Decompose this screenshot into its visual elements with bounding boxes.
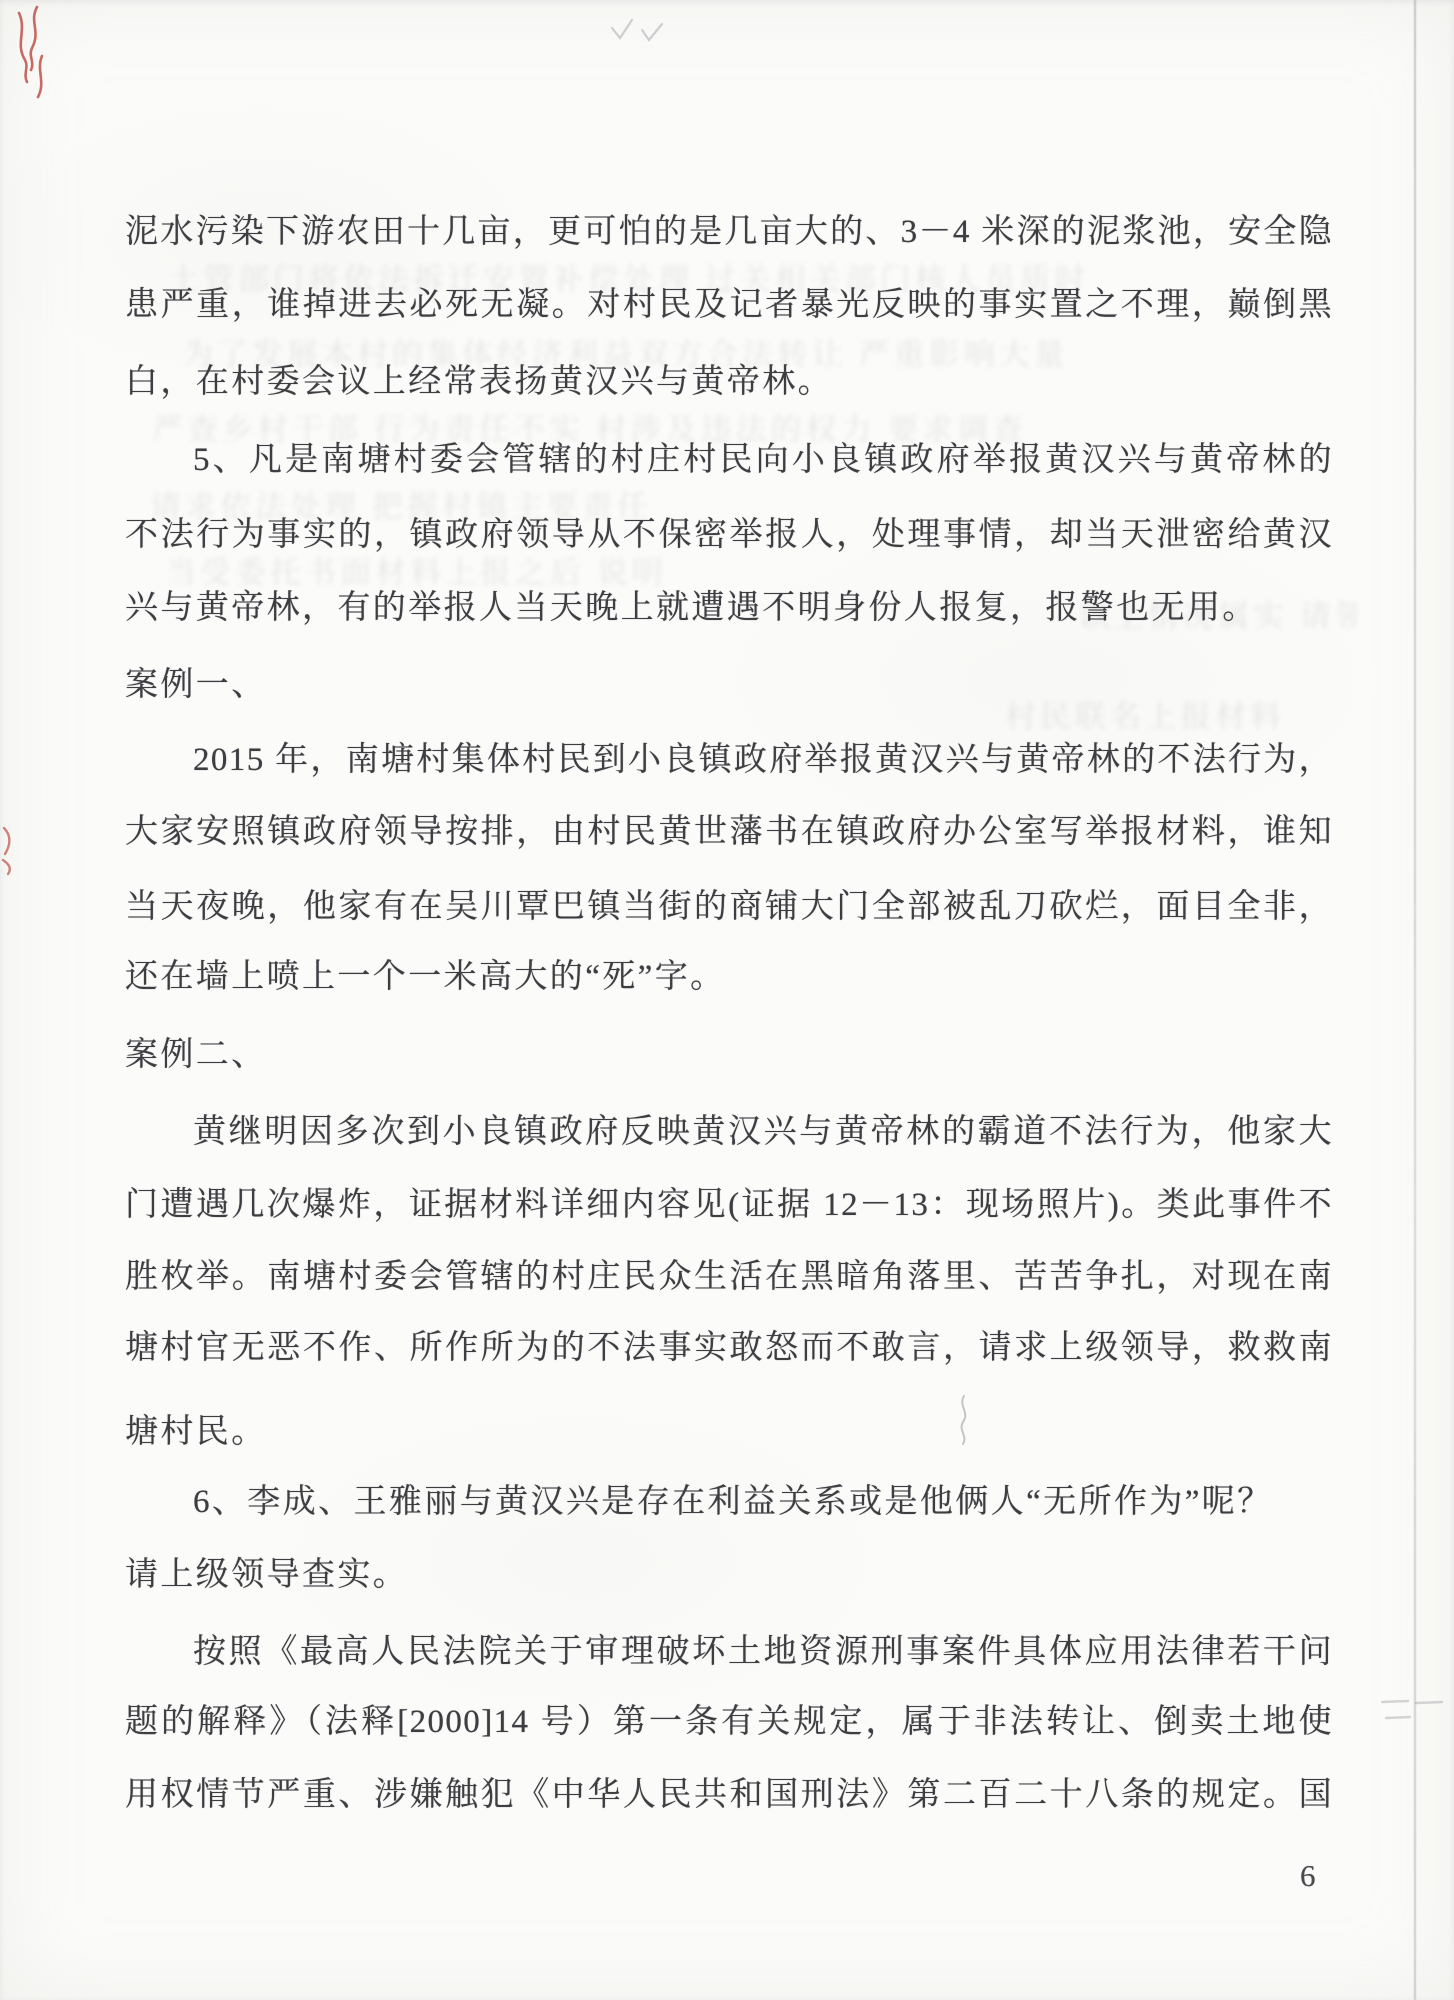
- text-line: 5、凡是南塘村委会管辖的村庄村民向小良镇政府举报黄汉兴与黄帝林的: [125, 440, 1333, 484]
- text-line: 案例二、: [125, 1035, 1333, 1079]
- text-line: 兴与黄帝林，有的举报人当天晚上就遭遇不明身份人报复，报警也无用。: [125, 588, 1333, 632]
- text-line: 患严重，谁掉进去必死无凝。对村民及记者暴光反映的事实置之不理，巅倒黑: [125, 285, 1333, 329]
- text-line: 请上级领导查实。: [125, 1555, 1333, 1599]
- text-line: 用权情节严重、涉嫌触犯《中华人民共和国刑法》第二百二十八条的规定。国: [125, 1775, 1333, 1819]
- text-line: 题的解释》（法释[2000]14 号）第一条有关规定，属于非法转让、倒卖土地使: [125, 1702, 1333, 1746]
- text-line: 门遭遇几次爆炸，证据材料详细内容见(证据 12－13：现场照片)。类此事件不: [125, 1185, 1333, 1229]
- text-line: 大家安照镇政府领导按排，由村民黄世藩书在镇政府办公室写举报材料，谁知: [125, 812, 1333, 856]
- text-line: 案例一、: [125, 665, 1333, 709]
- text-line: 6、李成、王雅丽与黄汉兴是存在利益关系或是他俩人“无所作为”呢？: [125, 1482, 1333, 1526]
- text-line: 泥水污染下游农田十几亩，更可怕的是几亩大的、3－4 米深的泥浆池，安全隐: [125, 212, 1333, 256]
- text-line: 黄继明因多次到小良镇政府反映黄汉兴与黄帝林的霸道不法行为，他家大: [125, 1112, 1333, 1156]
- gray-check-marks-icon: [608, 14, 668, 50]
- text-line: 当天夜晚，他家有在吴川覃巴镇当街的商铺大门全部被乱刀砍烂，面目全非，: [125, 887, 1333, 931]
- text-line: 按照《最高人民法院关于审理破坏土地资源刑事案件具体应用法律若干问: [125, 1632, 1333, 1676]
- red-pen-scribble-icon: [8, 4, 54, 102]
- red-pen-mark-icon: [0, 824, 22, 876]
- scanned-document-page: 泥水污染下游农田十几亩，更可怕的是几亩大的、3－4 米深的泥浆池，安全隐患严重，…: [0, 0, 1454, 2000]
- text-line: 胜枚举。南塘村委会管辖的村庄民众生活在黑暗角落里、苦苦争扎，对现在南: [125, 1257, 1333, 1301]
- text-line: 塘村民。: [125, 1412, 1333, 1456]
- page-number: 6: [1300, 1858, 1316, 1894]
- text-line: 塘村官无恶不作、所作所为的不法事实敢怒而不敢言，请求上级领导，救救南: [125, 1328, 1333, 1372]
- text-line: 还在墙上喷上一个一米高大的“死”字。: [125, 957, 1333, 1001]
- text-line: 不法行为事实的，镇政府领导从不保密举报人，处理事情，却当天泄密给黄汉: [125, 515, 1333, 559]
- text-line: 2015 年，南塘村集体村民到小良镇政府举报黄汉兴与黄帝林的不法行为，: [125, 740, 1333, 784]
- text-line: 白，在村委会议上经常表扬黄汉兴与黄帝林。: [125, 362, 1333, 406]
- page-edge-shadow: [1414, 0, 1416, 2000]
- gray-dash-marks-icon: [1380, 1694, 1450, 1728]
